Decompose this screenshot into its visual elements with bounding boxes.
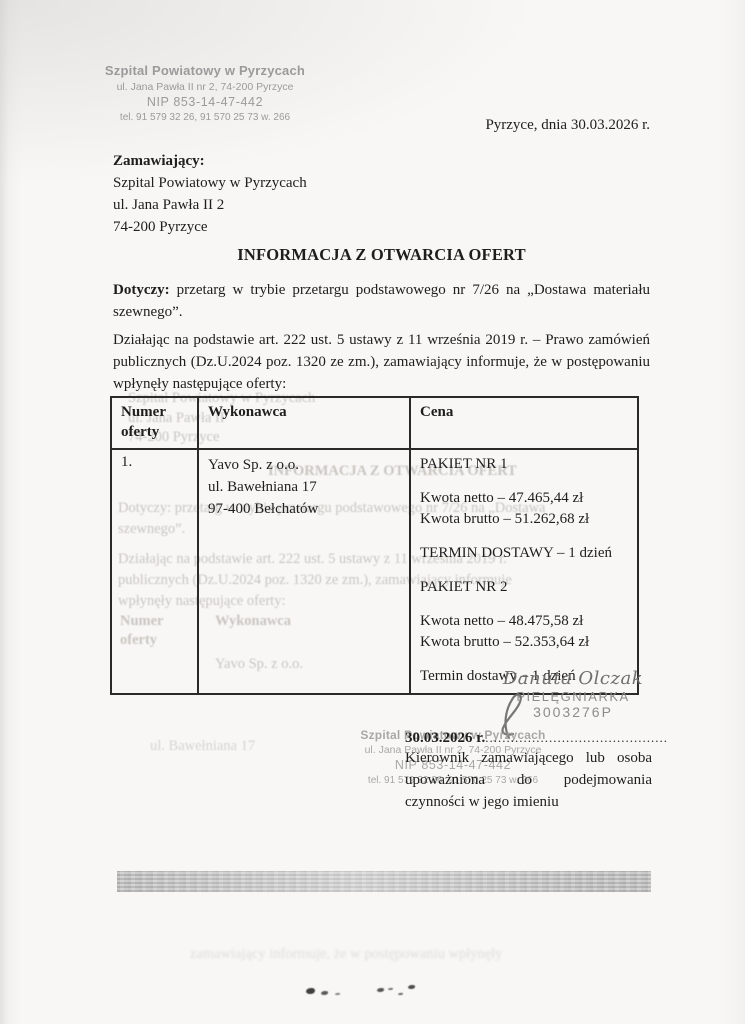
subject-text: przetarg w trybie przetargu podstawowego…: [113, 282, 650, 320]
price-cell: PAKIET NR 1 Kwota netto – 47.465,44 zł K…: [410, 449, 638, 694]
subject-paragraph: Dotyczy: przetarg w trybie przetargu pod…: [113, 279, 650, 323]
place-date-line: Pyrzyce, dnia 30.03.2026 r.: [485, 117, 650, 134]
offer-row: 1. Yavo Sp. z o.o. ul. Bawełniana 17 97-…: [111, 449, 638, 694]
contractor-cell: Yavo Sp. z o.o. ul. Bawełniana 17 97-400…: [198, 449, 410, 694]
pakiet1-brutto: Kwota brutto – 51.262,68 zł: [420, 509, 628, 530]
stamp-address: ul. Jana Pawła II nr 2, 74-200 Pyrzyce: [96, 80, 314, 94]
pakiet2-title: PAKIET NR 2: [420, 577, 628, 598]
footer-date-line: 30.03.2026 r............................…: [405, 729, 652, 747]
footer-date: 30.03.2026 r.: [405, 730, 485, 746]
buyer-label: Zamawiający:: [113, 150, 307, 172]
buyer-block: Zamawiający: Szpital Powiatowy w Pyrzyca…: [113, 150, 307, 238]
scanned-document-page: Szpital Powiatowy w Pyrzycach ul. Jana P…: [0, 0, 745, 1024]
col-header-contractor: Wykonawca: [198, 397, 410, 449]
col-header-offer-number: Numer oferty: [111, 397, 198, 449]
offers-table-header-row: Numer oferty Wykonawca Cena: [111, 397, 638, 449]
col-header-price: Cena: [410, 397, 638, 449]
ghost-bleed-text: zamawiający informuje, że w postępowaniu…: [190, 946, 502, 963]
buyer-city: 74-200 Pyrzyce: [113, 216, 307, 238]
stamp-nip: NIP 853-14-47-442: [96, 94, 314, 111]
contractor-street: ul. Bawełniana 17: [208, 476, 400, 498]
offer-number-cell: 1.: [111, 449, 198, 694]
offers-table: Numer oferty Wykonawca Cena 1. Yavo Sp. …: [110, 396, 639, 695]
buyer-name: Szpital Powiatowy w Pyrzycach: [113, 172, 307, 194]
pakiet1-netto: Kwota netto – 47.465,44 zł: [420, 488, 628, 509]
footer-role-text: Kierownik zamawiającego lub osoba upoważ…: [405, 747, 652, 813]
contractor-name: Yavo Sp. z o.o.: [208, 454, 400, 476]
gray-scan-band: [117, 871, 651, 892]
pakiet2-brutto: Kwota brutto – 52.353,64 zł: [420, 632, 628, 653]
buyer-street: ul. Jana Pawła II 2: [113, 194, 307, 216]
ghost-bleed-text: ul. Bawełniana 17: [150, 738, 255, 755]
legal-paragraph: Działając na podstawie art. 222 ust. 5 u…: [113, 329, 650, 395]
ink-smudges: [306, 988, 315, 994]
footer-signature-block: 30.03.2026 r............................…: [405, 729, 652, 813]
stamp-phone: tel. 91 579 32 26, 91 570 25 73 w. 266: [96, 111, 314, 125]
pakiet2-netto: Kwota netto – 48.475,58 zł: [420, 611, 628, 632]
contractor-city: 97-400 Bełchatów: [208, 498, 400, 520]
pakiet1-termin: TERMIN DOSTAWY – 1 dzień: [420, 543, 628, 564]
document-title: INFORMACJA Z OTWARCIA OFERT: [113, 245, 650, 265]
stamp-org-name: Szpital Powiatowy w Pyrzycach: [96, 62, 314, 80]
pakiet1-title: PAKIET NR 1: [420, 454, 628, 475]
signatory-name: Danuta Olczak: [488, 668, 658, 689]
dotted-line: ........................................…: [485, 730, 668, 745]
subject-label: Dotyczy:: [113, 282, 170, 298]
hospital-header-stamp: Szpital Powiatowy w Pyrzycach ul. Jana P…: [96, 62, 314, 124]
